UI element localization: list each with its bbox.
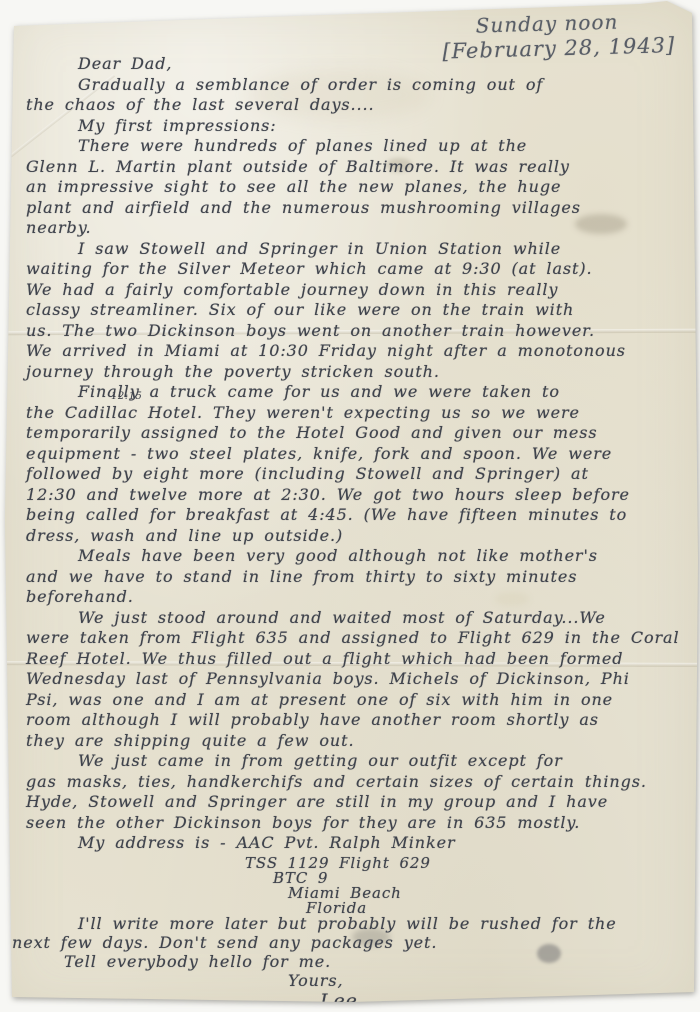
letter-line: There were hundreds of planes lined up a…	[26, 136, 680, 157]
letter-line: seen the other Dickinson boys for they a…	[26, 813, 680, 834]
letter-line: Wednesday last of Pennsylvania boys. Mic…	[26, 669, 680, 690]
letter-line: Finally a truck came for us and we were …	[26, 382, 680, 403]
letter-line: beforehand.	[26, 587, 680, 608]
letter-line: us. The two Dickinson boys went on anoth…	[26, 321, 680, 342]
letter-line: gas masks, ties, handkerchifs and certai…	[26, 772, 680, 793]
letter-line: followed by eight more (including Stowel…	[26, 464, 680, 485]
letter-line: My address is - AAC Pvt. Ralph Minker	[26, 833, 680, 854]
scan-background: Sunday noon [February 28, 1943] 12:15 De…	[0, 0, 700, 1012]
letter-line: an impressive sight to see all the new p…	[26, 177, 680, 198]
letter-line: We had a fairly comfortable journey down…	[26, 280, 680, 301]
letter-line: Gradually a semblance of order is coming…	[26, 75, 680, 96]
letter-line: Glenn L. Martin plant outside of Baltimo…	[26, 157, 680, 178]
letter-line: My first impressions:	[26, 116, 680, 137]
letter-line: temporarily assigned to the Hotel Good a…	[26, 423, 680, 444]
letter-line: were taken from Flight 635 and assigned …	[26, 628, 680, 649]
letter-line: Florida	[26, 899, 680, 914]
letter-line: room although I will probably have anoth…	[26, 710, 680, 731]
letter-line: journey through the poverty stricken sou…	[26, 362, 680, 383]
letter-line: they are shipping quite a few out.	[26, 731, 680, 752]
letter-line: We just came in from getting our outfit …	[26, 751, 680, 772]
letter-line: Lee	[26, 990, 680, 1009]
letter-line: We just stood around and waited most of …	[26, 608, 680, 629]
letter-line: Hyde, Stowell and Springer are still in …	[26, 792, 680, 813]
letter-line: I'll write more later but probably will …	[26, 914, 680, 933]
letter-line: Yours,	[26, 971, 680, 990]
letter-line: Miami Beach	[26, 884, 680, 899]
letter-paper: Sunday noon [February 28, 1943] 12:15 De…	[0, 0, 700, 1012]
letter-line: dress, wash and line up outside.)	[26, 526, 680, 547]
letter-line: equipment - two steel plates, knife, for…	[26, 444, 680, 465]
letter-line: nearby.	[26, 218, 680, 239]
letter-line: Meals have been very good although not l…	[26, 546, 680, 567]
letter-line: plant and airfield and the numerous mush…	[26, 198, 680, 219]
letter-line: waiting for the Silver Meteor which came…	[26, 259, 680, 280]
letter-line: being called for breakfast at 4:45. (We …	[26, 505, 680, 526]
letter-line: We arrived in Miami at 10:30 Friday nigh…	[26, 341, 680, 362]
letter-line: Reef Hotel. We thus filled out a flight …	[26, 649, 680, 670]
letter-line: Tell everybody hello for me.	[26, 952, 680, 971]
letter-lines: Dear Dad,Gradually a semblance of order …	[26, 54, 680, 1009]
letter-line: Psi, was one and I am at present one of …	[26, 690, 680, 711]
letter-line: and we have to stand in line from thirty…	[26, 567, 680, 588]
letter-line: the Cadillac Hotel. They weren't expecti…	[26, 403, 680, 424]
letter-line: Dear Dad,	[26, 54, 680, 75]
letter-line: I saw Stowell and Springer in Union Stat…	[26, 239, 680, 260]
letter-line: the chaos of the last several days....	[26, 95, 680, 116]
letter-line: TSS 1129 Flight 629	[26, 854, 680, 869]
letter-line: classy streamliner. Six of our like were…	[26, 300, 680, 321]
letter-line: next few days. Don't send any packages y…	[12, 933, 680, 952]
letter-line: 12:30 and twelve more at 2:30. We got tw…	[26, 485, 680, 506]
